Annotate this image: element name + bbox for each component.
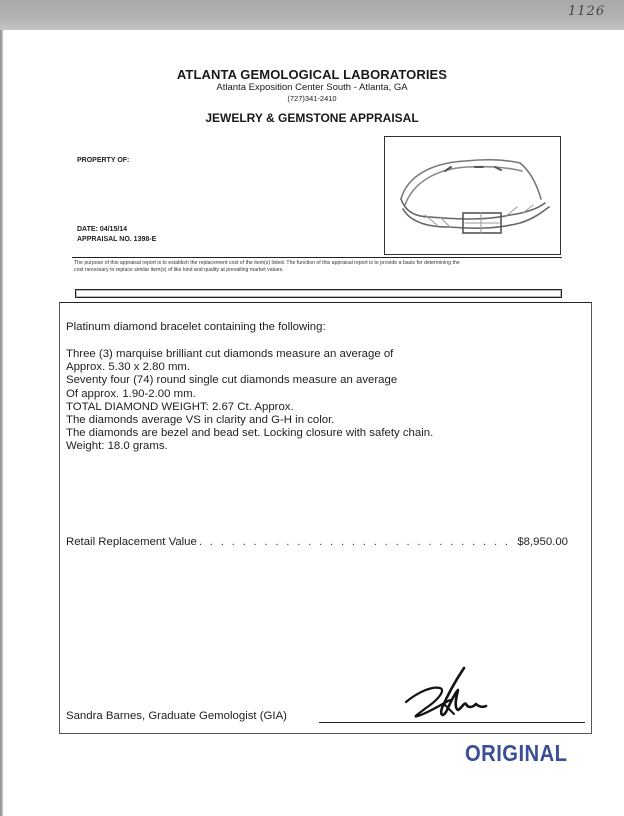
value-label: Retail Replacement Value [66,536,197,548]
date-field: DATE: 04/15/14 [77,226,127,233]
decorative-bar [75,289,562,298]
appraiser-name: Sandra Barnes, Graduate Gemologist (GIA) [66,710,287,722]
description-line: Weight: 18.0 grams. [66,440,433,453]
lab-phone: (727)341-2410 [0,94,624,103]
lab-address: Atlanta Exposition Center South - Atlant… [0,82,624,93]
disclaimer: The purpose of this appraisal report is … [74,260,564,273]
signature-line [319,722,585,723]
description-line: Three (3) marquise brilliant cut diamond… [66,348,433,361]
item-intro: Platinum diamond bracelet containing the… [66,321,326,333]
item-description: Three (3) marquise brilliant cut diamond… [66,348,433,454]
original-stamp: ORIGINAL [465,740,567,767]
appraisal-number-label: APPRAISAL NO. [77,236,132,243]
appraisal-number-field: APPRAISAL NO. 1398-E [77,236,156,243]
handwritten-signature-icon [398,664,488,724]
item-photo [384,136,561,255]
date-label: DATE: [77,226,98,233]
header-divider [72,257,562,258]
property-of-label: PROPERTY OF: [77,157,129,164]
handwritten-page-number: 1126 [568,4,605,19]
description-line: Seventy four (74) round single cut diamo… [66,374,433,387]
disclaimer-line: cost necessary to replace similar item(s… [74,267,564,274]
scan-top-band [0,0,624,30]
retail-replacement-value: Retail Replacement Value . . . . . . . .… [66,536,568,548]
value-amount: $8,950.00 [517,536,568,548]
scan-left-edge [0,30,3,816]
description-line: TOTAL DIAMOND WEIGHT: 2.67 Ct. Approx. [66,401,433,414]
document-title: JEWELRY & GEMSTONE APPRAISAL [0,111,624,125]
description-line: The diamonds are bezel and bead set. Loc… [66,427,433,440]
date-value: 04/15/14 [100,226,127,233]
appraisal-number-value: 1398-E [134,236,157,243]
description-line: Of approx. 1.90-2.00 mm. [66,388,433,401]
bracelet-photo-icon [385,137,560,254]
description-line: Approx. 5.30 x 2.80 mm. [66,361,433,374]
dot-leader: . . . . . . . . . . . . . . . . . . . . … [199,536,515,548]
description-line: The diamonds average VS in clarity and G… [66,414,433,427]
lab-name: ATLANTA GEMOLOGICAL LABORATORIES [0,67,624,82]
